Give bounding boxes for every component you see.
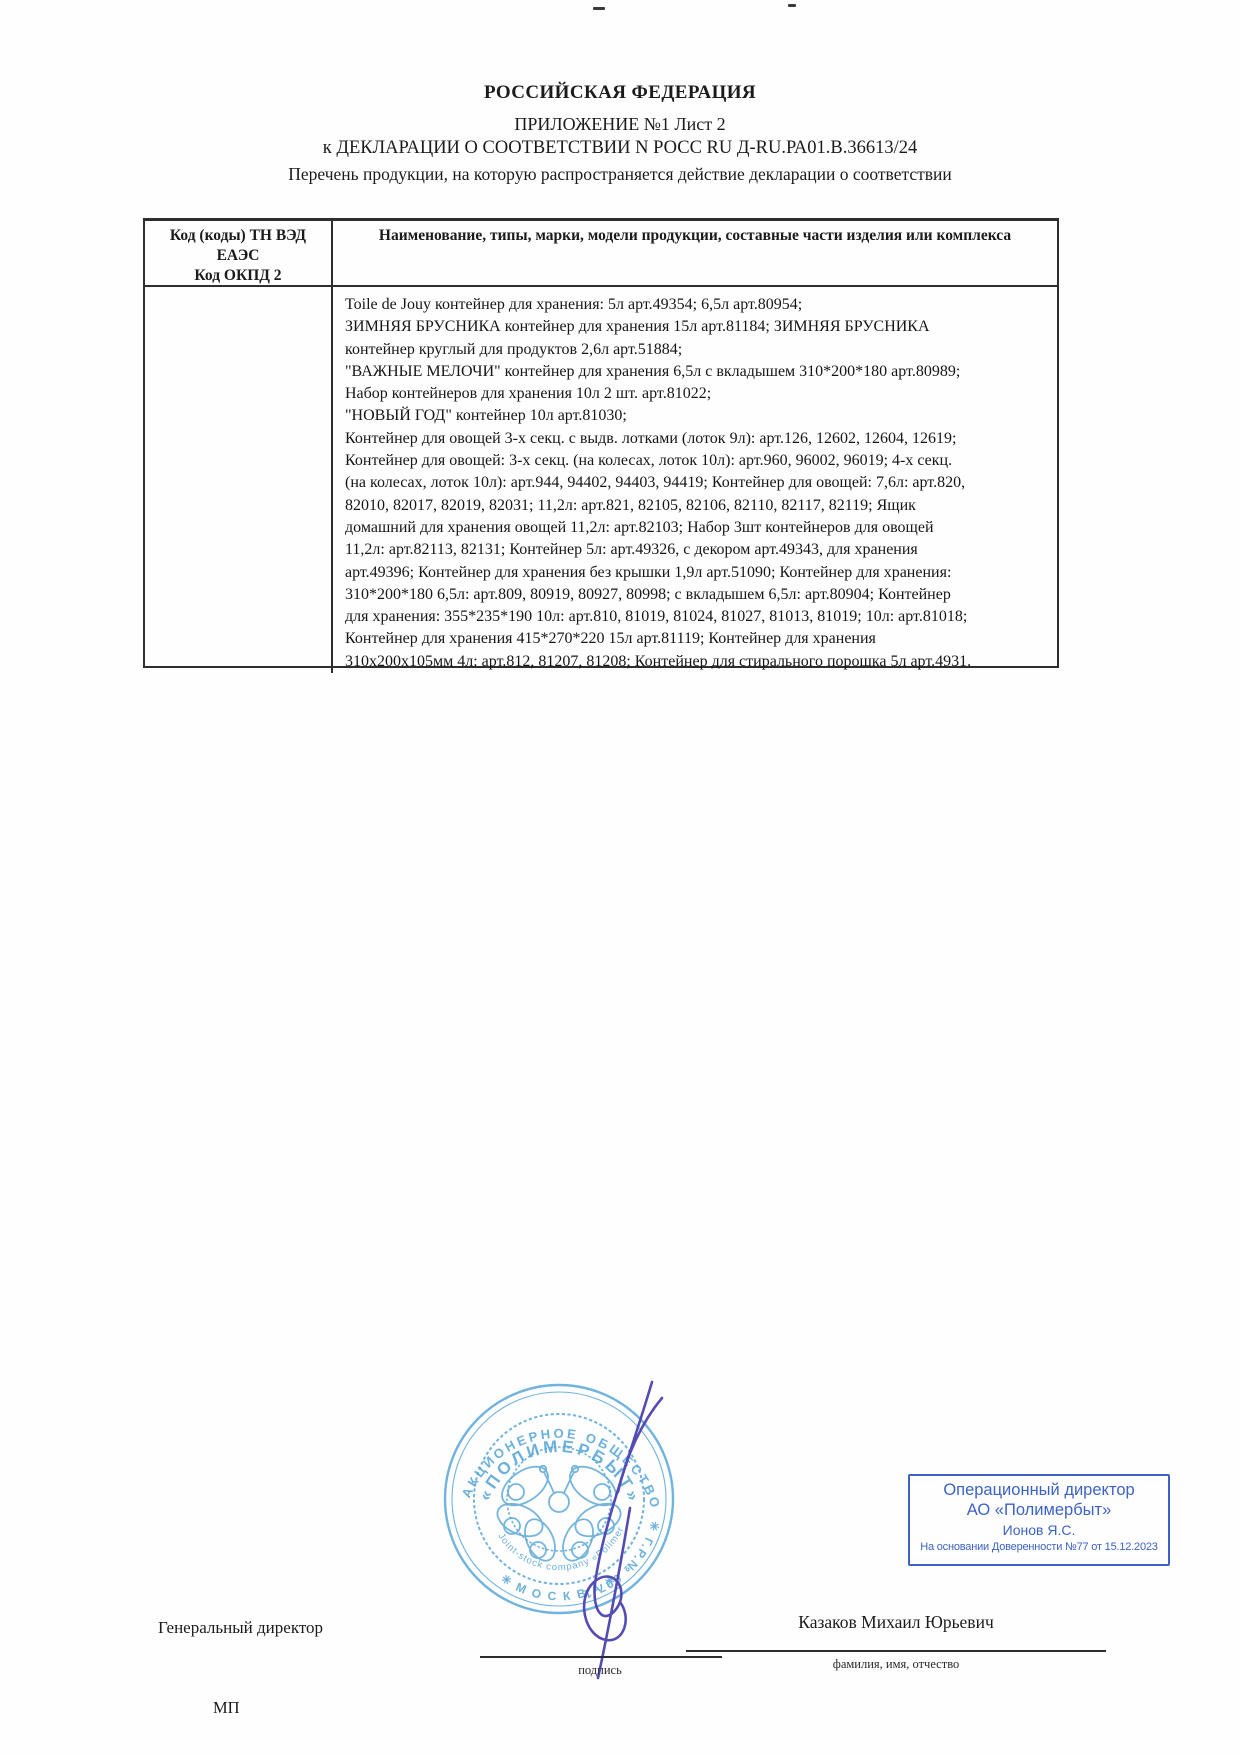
appendix-subtitle: ПРИЛОЖЕНИЕ №1 Лист 2 [0,114,1240,135]
signature-caption: подпись [540,1663,660,1678]
general-director-label: Генеральный директор [158,1618,323,1638]
col-header-name: Наименование, типы, марки, модели продук… [333,221,1057,285]
page-title: РОССИЙСКАЯ ФЕДЕРАЦИЯ [0,82,1240,104]
col-header-code: Код (коды) ТН ВЭД ЕАЭС Код ОКПД 2 [145,221,333,285]
stamp-basis: На основании Доверенности №77 от 15.12.2… [910,1541,1168,1553]
product-table-body-row: Toile de Jouy контейнер для хранения: 5л… [145,287,1057,673]
name-line [686,1650,1106,1652]
product-list-cell: Toile de Jouy контейнер для хранения: 5л… [333,287,1057,673]
name-caption: фамилия, имя, отчество [686,1657,1106,1672]
mp-seal-label: МП [213,1698,240,1718]
scan-speck [593,7,605,10]
signer-name: Казаков Михаил Юрьевич [686,1612,1106,1633]
handwritten-signature [500,1360,720,1700]
product-table-header-row: Код (коды) ТН ВЭД ЕАЭС Код ОКПД 2 Наимен… [145,221,1057,287]
declaration-number: к ДЕКЛАРАЦИИ О СООТВЕТСТВИИ N РОСС RU Д-… [0,138,1240,159]
declaration-appendix-page: РОССИЙСКАЯ ФЕДЕРАЦИЯ ПРИЛОЖЕНИЕ №1 Лист … [0,0,1240,1755]
operational-director-stamp: Операционный директор АО «Полимербыт» Ио… [908,1474,1170,1566]
stamp-role: Операционный директор [910,1481,1168,1500]
scan-speck [788,4,796,7]
product-table: Код (коды) ТН ВЭД ЕАЭС Код ОКПД 2 Наимен… [143,218,1059,668]
code-cell-empty [145,287,333,673]
product-list-caption: Перечень продукции, на которую распростр… [0,164,1240,185]
stamp-person: Ионов Я.С. [910,1522,1168,1538]
stamp-org: АО «Полимербыт» [910,1501,1168,1520]
